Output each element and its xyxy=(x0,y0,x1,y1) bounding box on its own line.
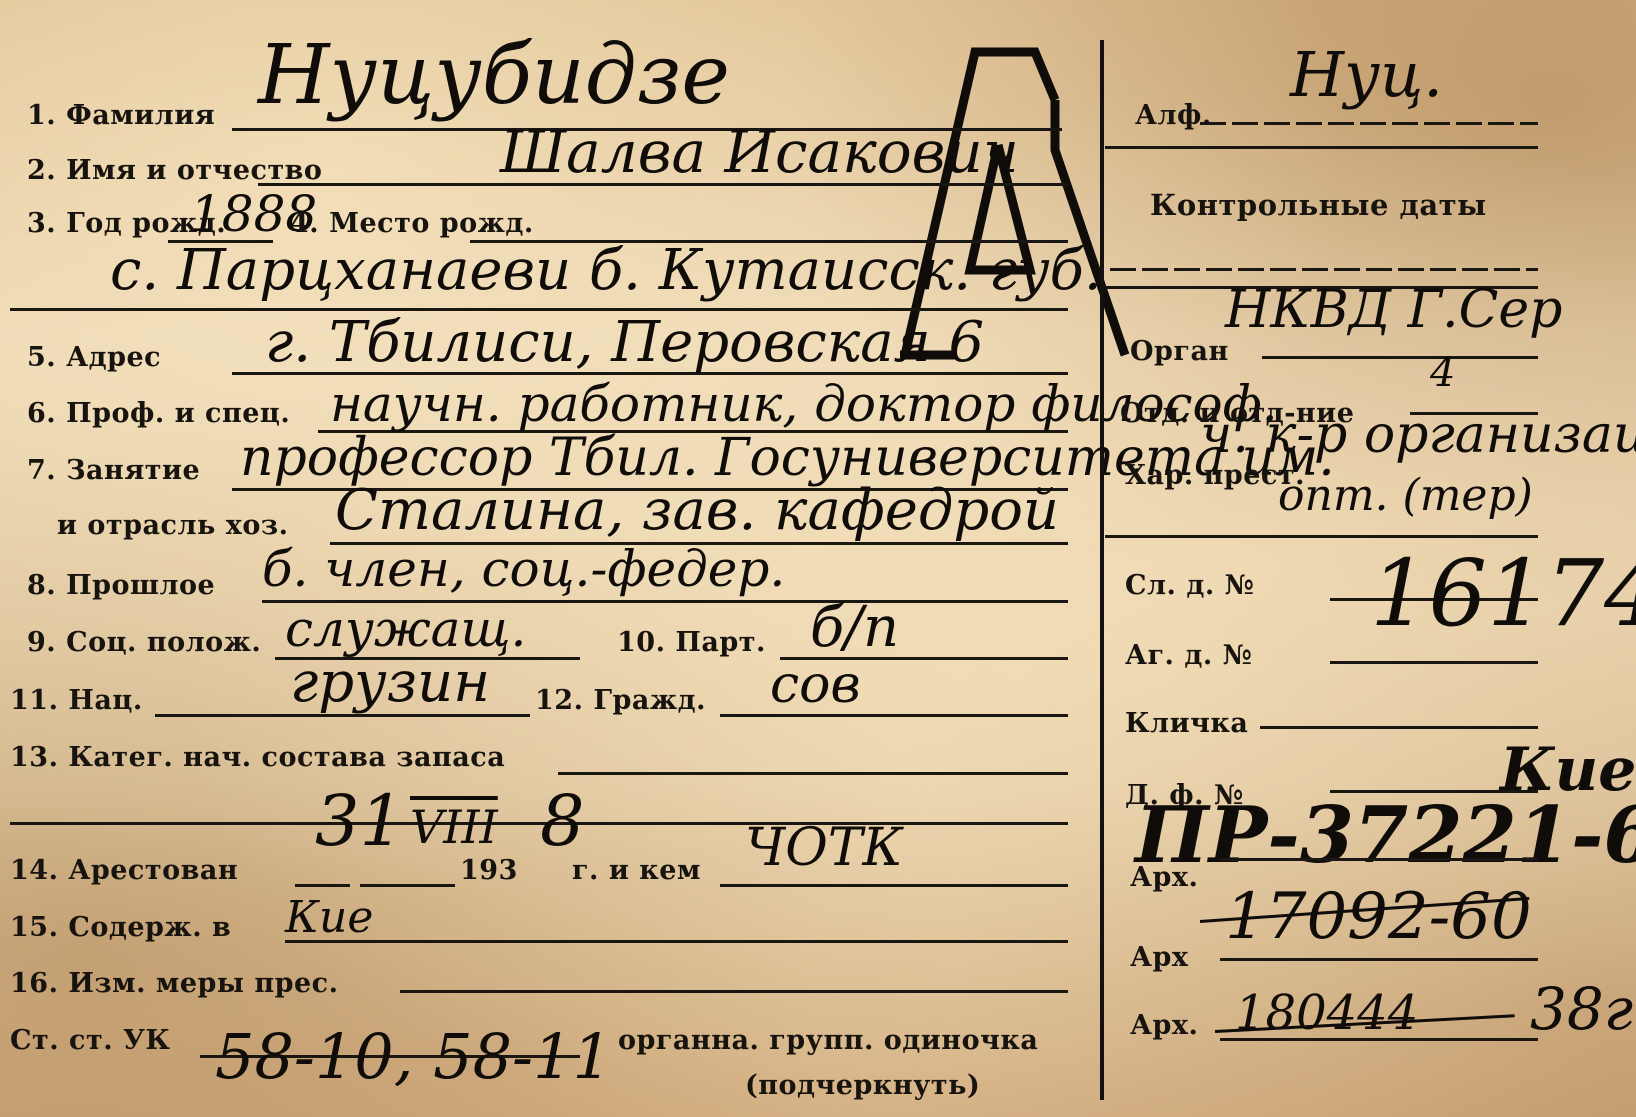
party-value: б/п xyxy=(810,595,899,660)
reserve-category-line-2 xyxy=(10,822,1068,825)
surname-value: Нуцубидзе xyxy=(258,28,730,123)
alf-value: Нуц. xyxy=(1290,38,1443,111)
archive-value-3: 180444 xyxy=(1235,985,1418,1041)
held-in-label: 15. Содерж. в xyxy=(10,912,231,943)
arrest-month-value: VIII xyxy=(410,800,498,854)
crime-nature-value-2: опт. (тер) xyxy=(1278,470,1533,521)
arrest-registration-card: 1. Фамилия Нуцубидзе 2. Имя и отчество Ш… xyxy=(0,0,1636,1117)
name-value: Шалва Исакович xyxy=(500,118,1019,186)
archive-label-1: Арх. xyxy=(1130,862,1198,893)
past-label: 8. Прошлое xyxy=(27,570,215,601)
measure-change-label: 16. Изм. меры прес. xyxy=(10,968,339,999)
column-divider xyxy=(1100,40,1104,1100)
arrested-by-value: ЧОТК xyxy=(745,818,903,878)
reserve-category-line-1 xyxy=(558,772,1068,775)
citizenship-value: сов xyxy=(770,655,861,715)
archive-line-2 xyxy=(1220,958,1538,961)
occupation-label: 7. Занятие xyxy=(27,455,200,486)
control-dates-line-1 xyxy=(1110,268,1538,271)
criminal-code-value: 58-10, 58-11 xyxy=(215,1020,612,1093)
control-dates-label: Контрольные даты xyxy=(1150,188,1487,222)
crime-nature-line xyxy=(1105,535,1538,538)
archive-line-1 xyxy=(1220,858,1538,861)
social-status-label: 9. Соц. полож. xyxy=(27,627,261,658)
alf-label: Алф. xyxy=(1135,100,1212,131)
arrested-label: 14. Арестован xyxy=(10,855,238,886)
archive-label-2: Арх xyxy=(1130,942,1188,973)
nationality-value: грузин xyxy=(290,650,490,715)
arrest-day-line xyxy=(295,884,350,887)
address-value: г. Тбилиси, Перовская 6 xyxy=(265,310,984,375)
arrested-by-label: г. и кем xyxy=(572,855,701,886)
crime-nature-value-1: ч. к-р организацию xyxy=(1200,405,1636,465)
nationality-label: 11. Нац. xyxy=(10,685,143,716)
organ-value: НКВД Г.Сер xyxy=(1225,280,1562,340)
profession-label: 6. Проф. и спец. xyxy=(27,398,290,429)
held-in-value: Кие xyxy=(285,892,373,943)
branch-label: и отрасль хоз. xyxy=(57,510,288,541)
past-value: б. член, соц.-федер. xyxy=(262,540,785,598)
arrest-year-prefix: 193 xyxy=(460,855,518,886)
nickname-line xyxy=(1260,726,1538,729)
group-options: органна. групп. одиночка xyxy=(618,1025,1038,1056)
archive-label-3: Арх. xyxy=(1130,1010,1198,1041)
measure-change-line xyxy=(400,990,1068,993)
address-label: 5. Адрес xyxy=(27,342,161,373)
arrested-by-line xyxy=(720,884,1068,887)
alf-line xyxy=(1200,122,1538,125)
branch-value: Сталина, зав. кафедрой xyxy=(335,478,1059,543)
archive-line-3 xyxy=(1220,1038,1538,1041)
case-number-label: Сл. д. № xyxy=(1125,570,1254,601)
party-label: 10. Парт. xyxy=(617,627,766,658)
name-label: 2. Имя и отчество xyxy=(27,155,322,186)
surname-label: 1. Фамилия xyxy=(27,100,215,131)
arrest-year-suffix: 8 xyxy=(540,780,585,862)
organ-label: Орган xyxy=(1130,336,1229,367)
agent-case-line xyxy=(1330,661,1538,664)
case-number-value: 16174 xyxy=(1370,540,1636,647)
birth-place-label: 4. Место рожд. xyxy=(290,208,534,239)
held-in-line xyxy=(285,940,1068,943)
underline-hint: (подчеркнуть) xyxy=(745,1070,980,1101)
alf-bottom-line xyxy=(1105,146,1538,149)
organ-line xyxy=(1262,356,1538,359)
citizenship-label: 12. Гражд. xyxy=(535,685,706,716)
department-value: 4 xyxy=(1430,350,1455,396)
nickname-label: Кличка xyxy=(1125,708,1248,739)
archive-value-1: ПР-37221-62 xyxy=(1135,790,1636,881)
criminal-code-label: Ст. ст. УК xyxy=(10,1025,170,1056)
reserve-category-label: 13. Катег. нач. состава запаса xyxy=(10,742,505,773)
arrest-day-value: 31 xyxy=(315,780,404,862)
arrest-month-line xyxy=(360,884,455,887)
birth-place-value: с. Парцханаеви б. Кутаисск. губ. xyxy=(110,238,1102,303)
archive-value-3-suffix: 38г. xyxy=(1530,975,1636,1043)
agent-case-label: Аг. д. № xyxy=(1125,640,1252,671)
